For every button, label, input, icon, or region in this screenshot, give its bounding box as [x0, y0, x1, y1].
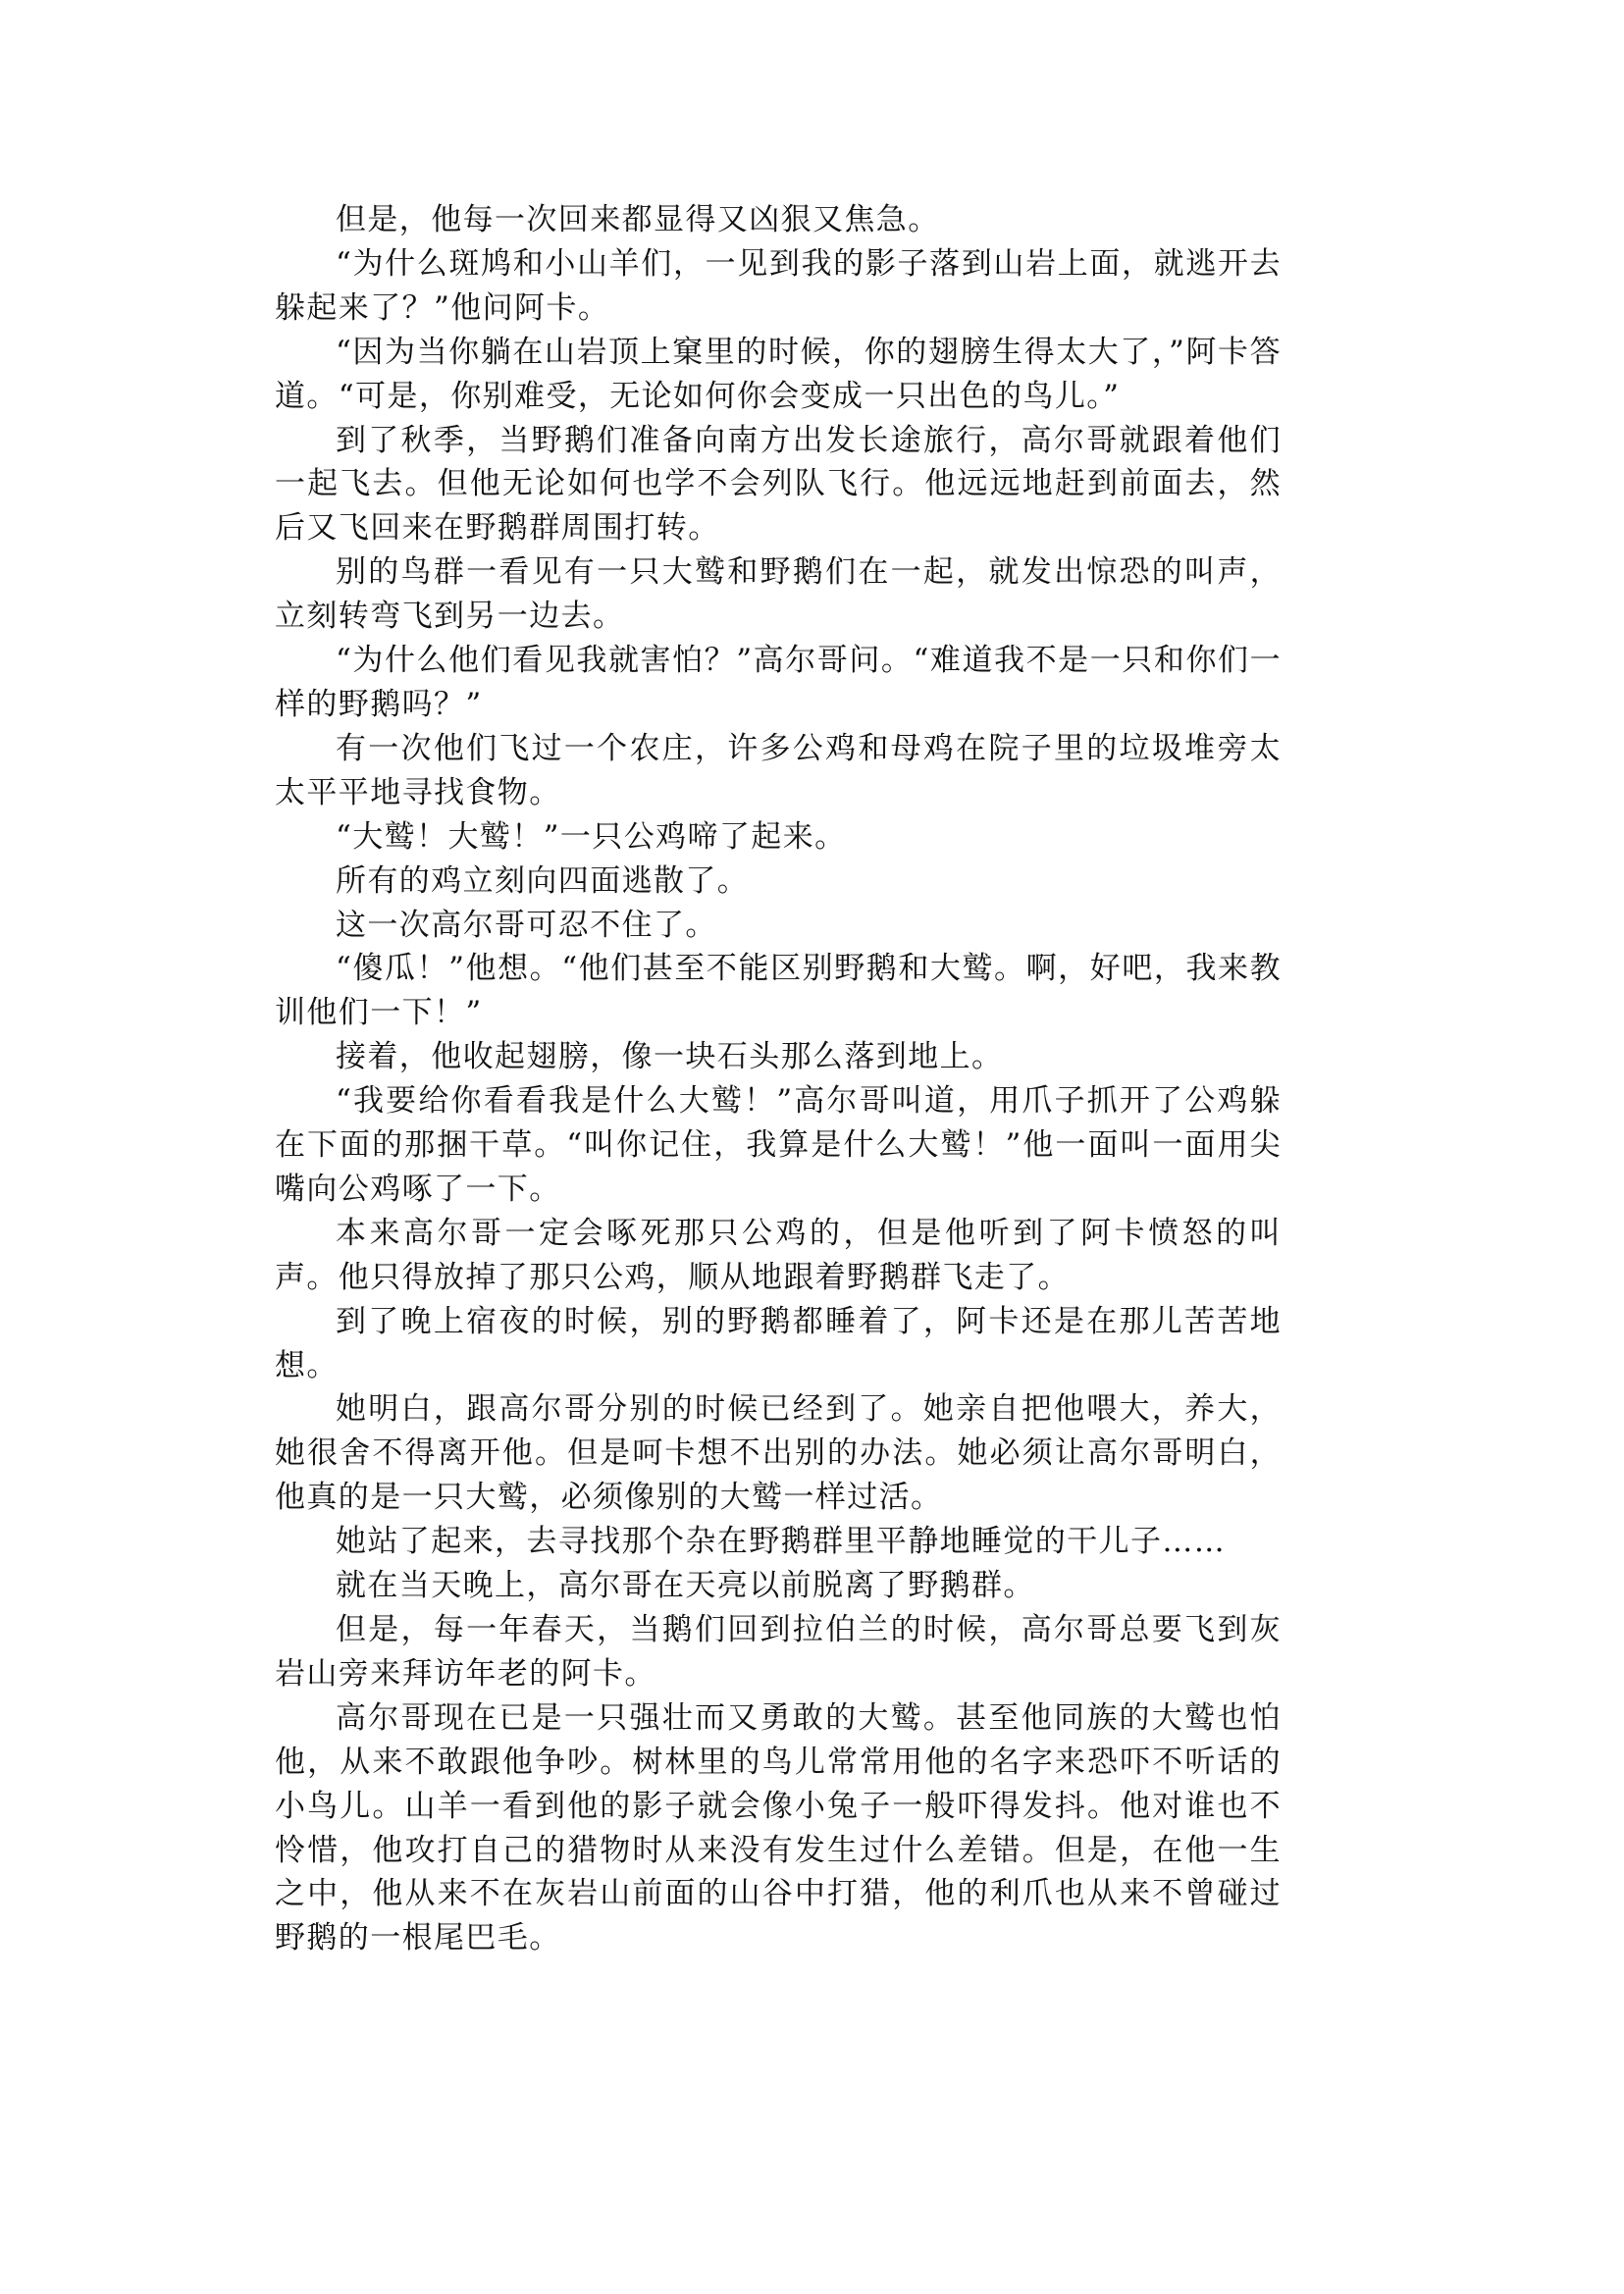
- paragraph: 高尔哥现在已是一只强壮而又勇敢的大鹫。甚至他同族的大鹫也怕他，从来不敢跟他争吵。…: [275, 1696, 1282, 1960]
- paragraph: “因为当你躺在山岩顶上窠里的时候，你的翅膀生得太大了，”阿卡答道。“可是，你别难…: [275, 331, 1282, 419]
- paragraph: “为什么他们看见我就害怕？”高尔哥问。“难道我不是一只和你们一样的野鹅吗？”: [275, 639, 1282, 727]
- document-page: 但是，他每一次回来都显得又凶狠又焦急。 “为什么斑鸠和小山羊们，一见到我的影子落…: [0, 0, 1624, 2294]
- paragraph: “我要给你看看我是什么大鹫！”高尔哥叫道，用爪子抓开了公鸡躲在下面的那捆干草。“…: [275, 1079, 1282, 1212]
- paragraph: 但是，他每一次回来都显得又凶狠又焦急。: [275, 198, 1282, 242]
- paragraph: “大鹫！大鹫！”一只公鸡啼了起来。: [275, 815, 1282, 860]
- paragraph: 她明白，跟高尔哥分别的时候已经到了。她亲自把他喂大，养大，她很舍不得离开他。但是…: [275, 1387, 1282, 1520]
- paragraph: 所有的鸡立刻向四面逃散了。: [275, 860, 1282, 904]
- paragraph: 到了秋季，当野鹅们准备向南方出发长途旅行，高尔哥就跟着他们一起飞去。但他无论如何…: [275, 419, 1282, 551]
- paragraph: 她站了起来，去寻找那个杂在野鹅群里平静地睡觉的干儿子……: [275, 1520, 1282, 1564]
- paragraph: 到了晚上宿夜的时候，别的野鹅都睡着了，阿卡还是在那儿苦苦地想。: [275, 1300, 1282, 1388]
- paragraph: 别的鸟群一看见有一只大鹫和野鹅们在一起，就发出惊恐的叫声，立刻转弯飞到另一边去。: [275, 550, 1282, 639]
- paragraph: 但是，每一年春天，当鹅们回到拉伯兰的时候，高尔哥总要飞到灰岩山旁来拜访年老的阿卡…: [275, 1608, 1282, 1696]
- paragraph: 有一次他们飞过一个农庄，许多公鸡和母鸡在院子里的垃圾堆旁太太平平地寻找食物。: [275, 727, 1282, 815]
- paragraph: “傻瓜！”他想。“他们甚至不能区别野鹅和大鹫。啊，好吧，我来教训他们一下！”: [275, 947, 1282, 1035]
- paragraph: 本来高尔哥一定会啄死那只公鸡的，但是他听到了阿卡愤怒的叫声。他只得放掉了那只公鸡…: [275, 1212, 1282, 1300]
- paragraph: 接着，他收起翅膀，像一块石头那么落到地上。: [275, 1035, 1282, 1079]
- document-body: 但是，他每一次回来都显得又凶狠又焦急。 “为什么斑鸠和小山羊们，一见到我的影子落…: [275, 198, 1282, 1960]
- paragraph: 这一次高尔哥可忍不住了。: [275, 904, 1282, 948]
- paragraph: 就在当天晚上，高尔哥在天亮以前脱离了野鹅群。: [275, 1564, 1282, 1608]
- paragraph: “为什么斑鸠和小山羊们，一见到我的影子落到山岩上面，就逃开去躲起来了？”他问阿卡…: [275, 242, 1282, 331]
